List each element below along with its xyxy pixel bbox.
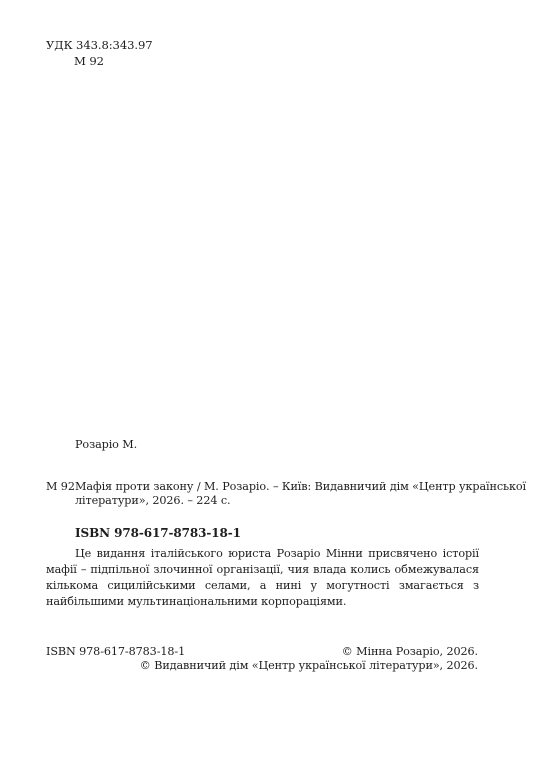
bib-cutter: М 92 (46, 479, 75, 494)
cutter-number: М 92 (74, 54, 104, 69)
author-heading: Розаріо М. (75, 437, 137, 452)
footer-isbn: ISBN 978-617-8783-18-1 (46, 644, 185, 659)
abstract-text: Це видання італійського юриста Розаріо М… (46, 546, 479, 610)
isbn-bold: ISBN 978-617-8783-18-1 (75, 526, 241, 541)
bib-line-1: Мафія проти закону / М. Розаріо. – Київ:… (75, 479, 526, 494)
copyright-author: © Мінна Розаріо, 2026. (342, 644, 478, 659)
abstract: Це видання італійського юриста Розаріо М… (46, 546, 479, 610)
udk-classification: УДК 343.8:343.97 (46, 38, 153, 53)
bib-line-2: літератури», 2026. – 224 с. (75, 493, 230, 508)
copyright-publisher: © Видавничий дім «Центр української літе… (140, 658, 478, 673)
imprint-page: УДК 343.8:343.97 М 92 Розаріо М. М 92 Ма… (0, 0, 540, 758)
